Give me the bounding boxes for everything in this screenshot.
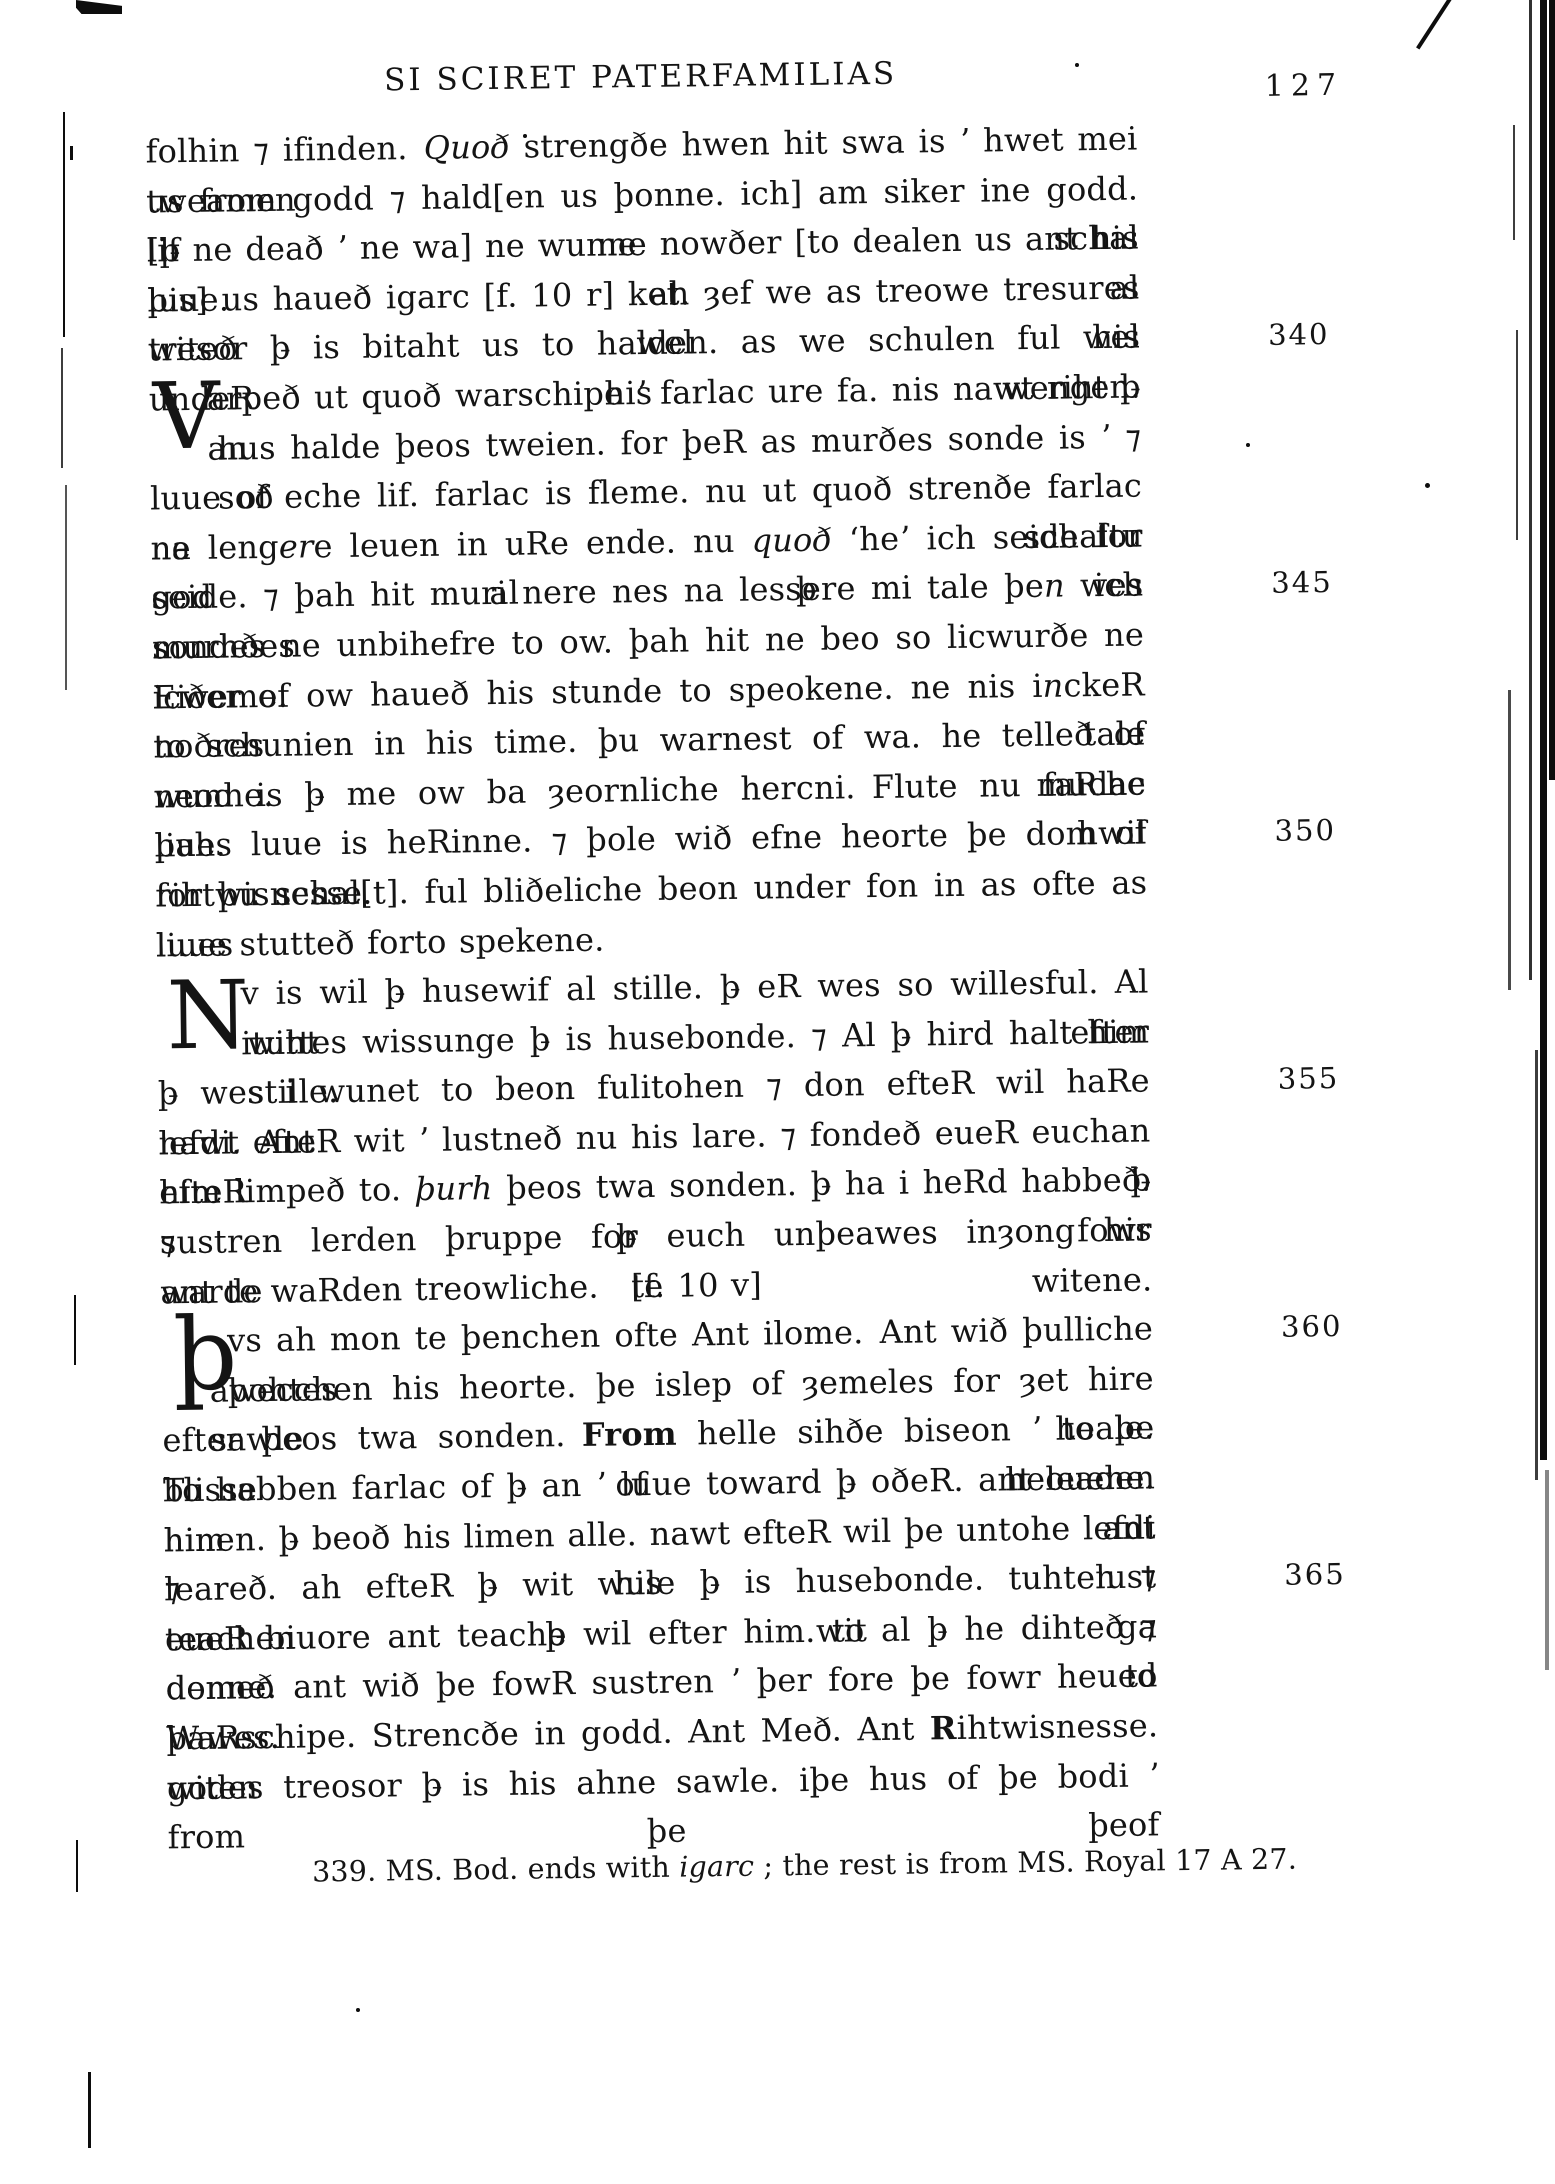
page-header: SI SCIRET PATERFAMILIAS 127 xyxy=(144,53,1136,110)
scan-streak xyxy=(1549,0,1555,780)
paragraph: Nv is wil þ̵ husewif al stille. þ̵ eR we… xyxy=(156,958,1152,1318)
margin-scratch xyxy=(76,1840,78,1892)
speck xyxy=(1075,63,1079,67)
speck xyxy=(1425,483,1430,488)
paragraph: folhin ⁊ ifinden. Quoð strengðe hwen hit… xyxy=(145,115,1140,376)
scanned-book-page: SI SCIRET PATERFAMILIAS 127 folhin ⁊ ifi… xyxy=(0,0,1555,2184)
scan-streak xyxy=(1529,0,1532,980)
paragraph: Varpeð ut quoð warschipe ʼ farlac ure fa… xyxy=(148,362,1148,970)
text-line-content: luue stutteð forto spekene. xyxy=(156,920,605,964)
ink-mark xyxy=(76,0,122,14)
page-content: SI SCIRET PATERFAMILIAS 127 folhin ⁊ ifi… xyxy=(0,0,1555,2184)
page-number: 127 xyxy=(1265,68,1344,104)
scan-streak xyxy=(1535,1050,1538,1480)
text-block: folhin ⁊ ifinden. Quoð strengðe hwen hit… xyxy=(145,115,1159,1814)
scan-streak xyxy=(1545,1470,1549,1670)
paragraph: þvs ah mon te þenchen ofte Ant ilome. An… xyxy=(161,1305,1159,1814)
scan-streak xyxy=(1540,0,1547,1460)
scan-streak xyxy=(1516,330,1518,540)
verse-line-number: 350 xyxy=(1274,806,1336,856)
speck xyxy=(1246,443,1250,447)
speck xyxy=(523,134,527,138)
running-title: SI SCIRET PATERFAMILIAS xyxy=(144,53,1136,102)
margin-scratch xyxy=(65,485,67,690)
verse-line-number: 365 xyxy=(1284,1550,1346,1600)
margin-scratch xyxy=(88,2072,91,2148)
verse-line-number: 355 xyxy=(1277,1054,1339,1104)
margin-scratch xyxy=(74,1295,76,1365)
scan-streak xyxy=(1513,125,1515,240)
text-line-content: godes treosor þ̵ is his ahne sawle. iþe … xyxy=(167,1756,1160,1857)
scan-streak xyxy=(1508,690,1511,990)
verse-line-number: 360 xyxy=(1281,1302,1343,1352)
ink-mark xyxy=(70,146,73,160)
verse-line-number: 345 xyxy=(1271,558,1333,608)
verse-line-number: 340 xyxy=(1268,310,1330,360)
margin-scratch xyxy=(63,112,65,337)
text-line-content: ant te waRden treowliche. [f. 10 v] xyxy=(160,1265,762,1311)
margin-scratch xyxy=(61,348,63,468)
speck xyxy=(356,2008,360,2012)
